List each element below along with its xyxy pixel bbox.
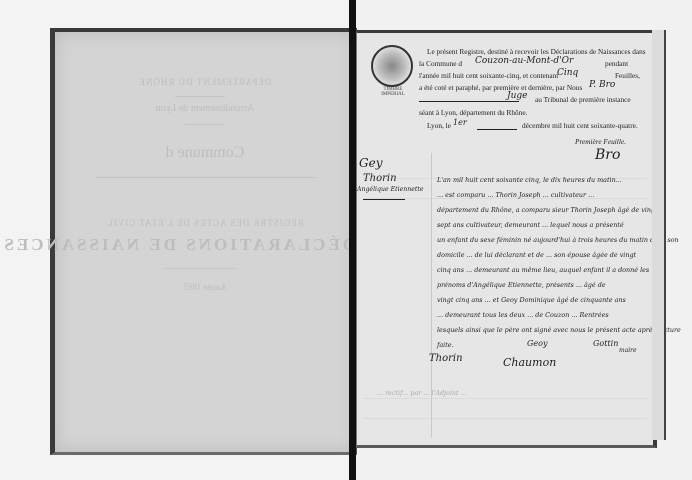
bleed-through-text: REGISTRE DES ACTES DE L'ÉTAT CIVIL (55, 218, 355, 228)
divider (175, 96, 225, 97)
sheets-handwritten: Cinq (557, 68, 578, 78)
ruled-line (363, 398, 647, 399)
header-line-9: Lyon, le (427, 121, 451, 130)
judge-title-handwritten: Juge (507, 91, 528, 101)
divider (95, 177, 315, 178)
entry-body-line: vingt cinq ans ... et Geoy Dominique âgé… (437, 296, 626, 304)
entry-body-line: prénoms d'Angélique Etiennette, présents… (437, 281, 606, 289)
bleed-through-text: Commune d (55, 144, 355, 162)
entry-body-line: département du Rhône, a comparu sieur Th… (437, 206, 658, 214)
entry-body-line: L'an mil huit cent soixante cinq, le dix… (437, 176, 622, 184)
header-line-10: décembre mil huit cent soixante-quatre. (522, 121, 638, 130)
entry-margin-surname-1: Gey (359, 156, 382, 170)
margin-underline (363, 199, 405, 200)
signature-title: maire (619, 347, 637, 354)
header-line-3: pendant (605, 59, 628, 68)
bleed-through-text: DÉPARTEMENT DU RHÔNE (55, 77, 355, 87)
header-line-6: a été coté et paraphé, par première et d… (419, 83, 582, 92)
signature: Geoy (527, 339, 547, 348)
page-edge (652, 30, 666, 440)
blank-line (477, 129, 517, 130)
header-line-7: au Tribunal de première instance (535, 95, 631, 104)
entry-body-line: faite. (437, 341, 454, 349)
seal-text: TIMBRE IMPERIAL (373, 87, 413, 97)
first-sheet-signature: Bro (595, 147, 620, 163)
bleed-through-text: Arrondissement de Lyon (55, 103, 355, 114)
signature: Chaumon (503, 356, 556, 369)
tax-stamp-seal-icon: TIMBRE IMPERIAL (371, 45, 413, 87)
right-page-register: TIMBRE IMPERIAL Le présent Registre, des… (356, 30, 657, 448)
header-line-5: Feuilles, (615, 71, 640, 80)
entry-margin-surname-2: Thorin (363, 173, 397, 184)
entry-body-line: cinq ans ... demeurant au même lieu, auq… (437, 266, 649, 274)
entry-body-line: ... est comparu ... Thorin Joseph ... cu… (437, 191, 594, 199)
header-line-8: séant à Lyon, département du Rhône. (419, 108, 527, 117)
bleed-through-title: DÉCLARATIONS DE NAISSANCES (55, 235, 355, 255)
commune-handwritten: Couzon-au-Mont-d'Or (475, 56, 573, 66)
bleed-through-text: Année 1865 (55, 282, 355, 292)
entry-body-line: lesquels ainsi que le père ont signé ave… (437, 326, 681, 334)
entry-margin-given-names: Angélique Etiennette (357, 186, 424, 193)
divider (165, 268, 235, 269)
left-page-cover: DÉPARTEMENT DU RHÔNE Arrondissement de L… (50, 28, 357, 455)
divider (185, 124, 225, 125)
entry-body-line: domicile ... de lui déclarant et de ... … (437, 251, 636, 259)
faded-note: ... rectif... par ... l'Adjoint ... (377, 389, 467, 397)
entry-body-line: sept ans cultivateur, demeurant ... lequ… (437, 221, 624, 229)
header-line-1: Le présent Registre, destiné à recevoir … (427, 47, 646, 56)
judge-handwritten: P. Bro (589, 80, 615, 90)
date-day-handwritten: 1er (453, 118, 467, 127)
entry-body-line: ... demeurant tous les deux ... de Couzo… (437, 311, 609, 319)
entry-body-line: un enfant du sexe féminin né aujourd'hui… (437, 236, 679, 244)
header-line-4: l'année mil huit cent soixante-cinq, et … (419, 71, 558, 80)
first-sheet-label: Première Feuille. (575, 137, 626, 146)
signature: Thorin (429, 353, 463, 364)
book-spine (349, 0, 356, 480)
ruled-line (363, 418, 647, 419)
blank-line (419, 101, 519, 102)
header-line-2: la Commune d (419, 59, 462, 68)
signature: Gottin (593, 339, 618, 348)
